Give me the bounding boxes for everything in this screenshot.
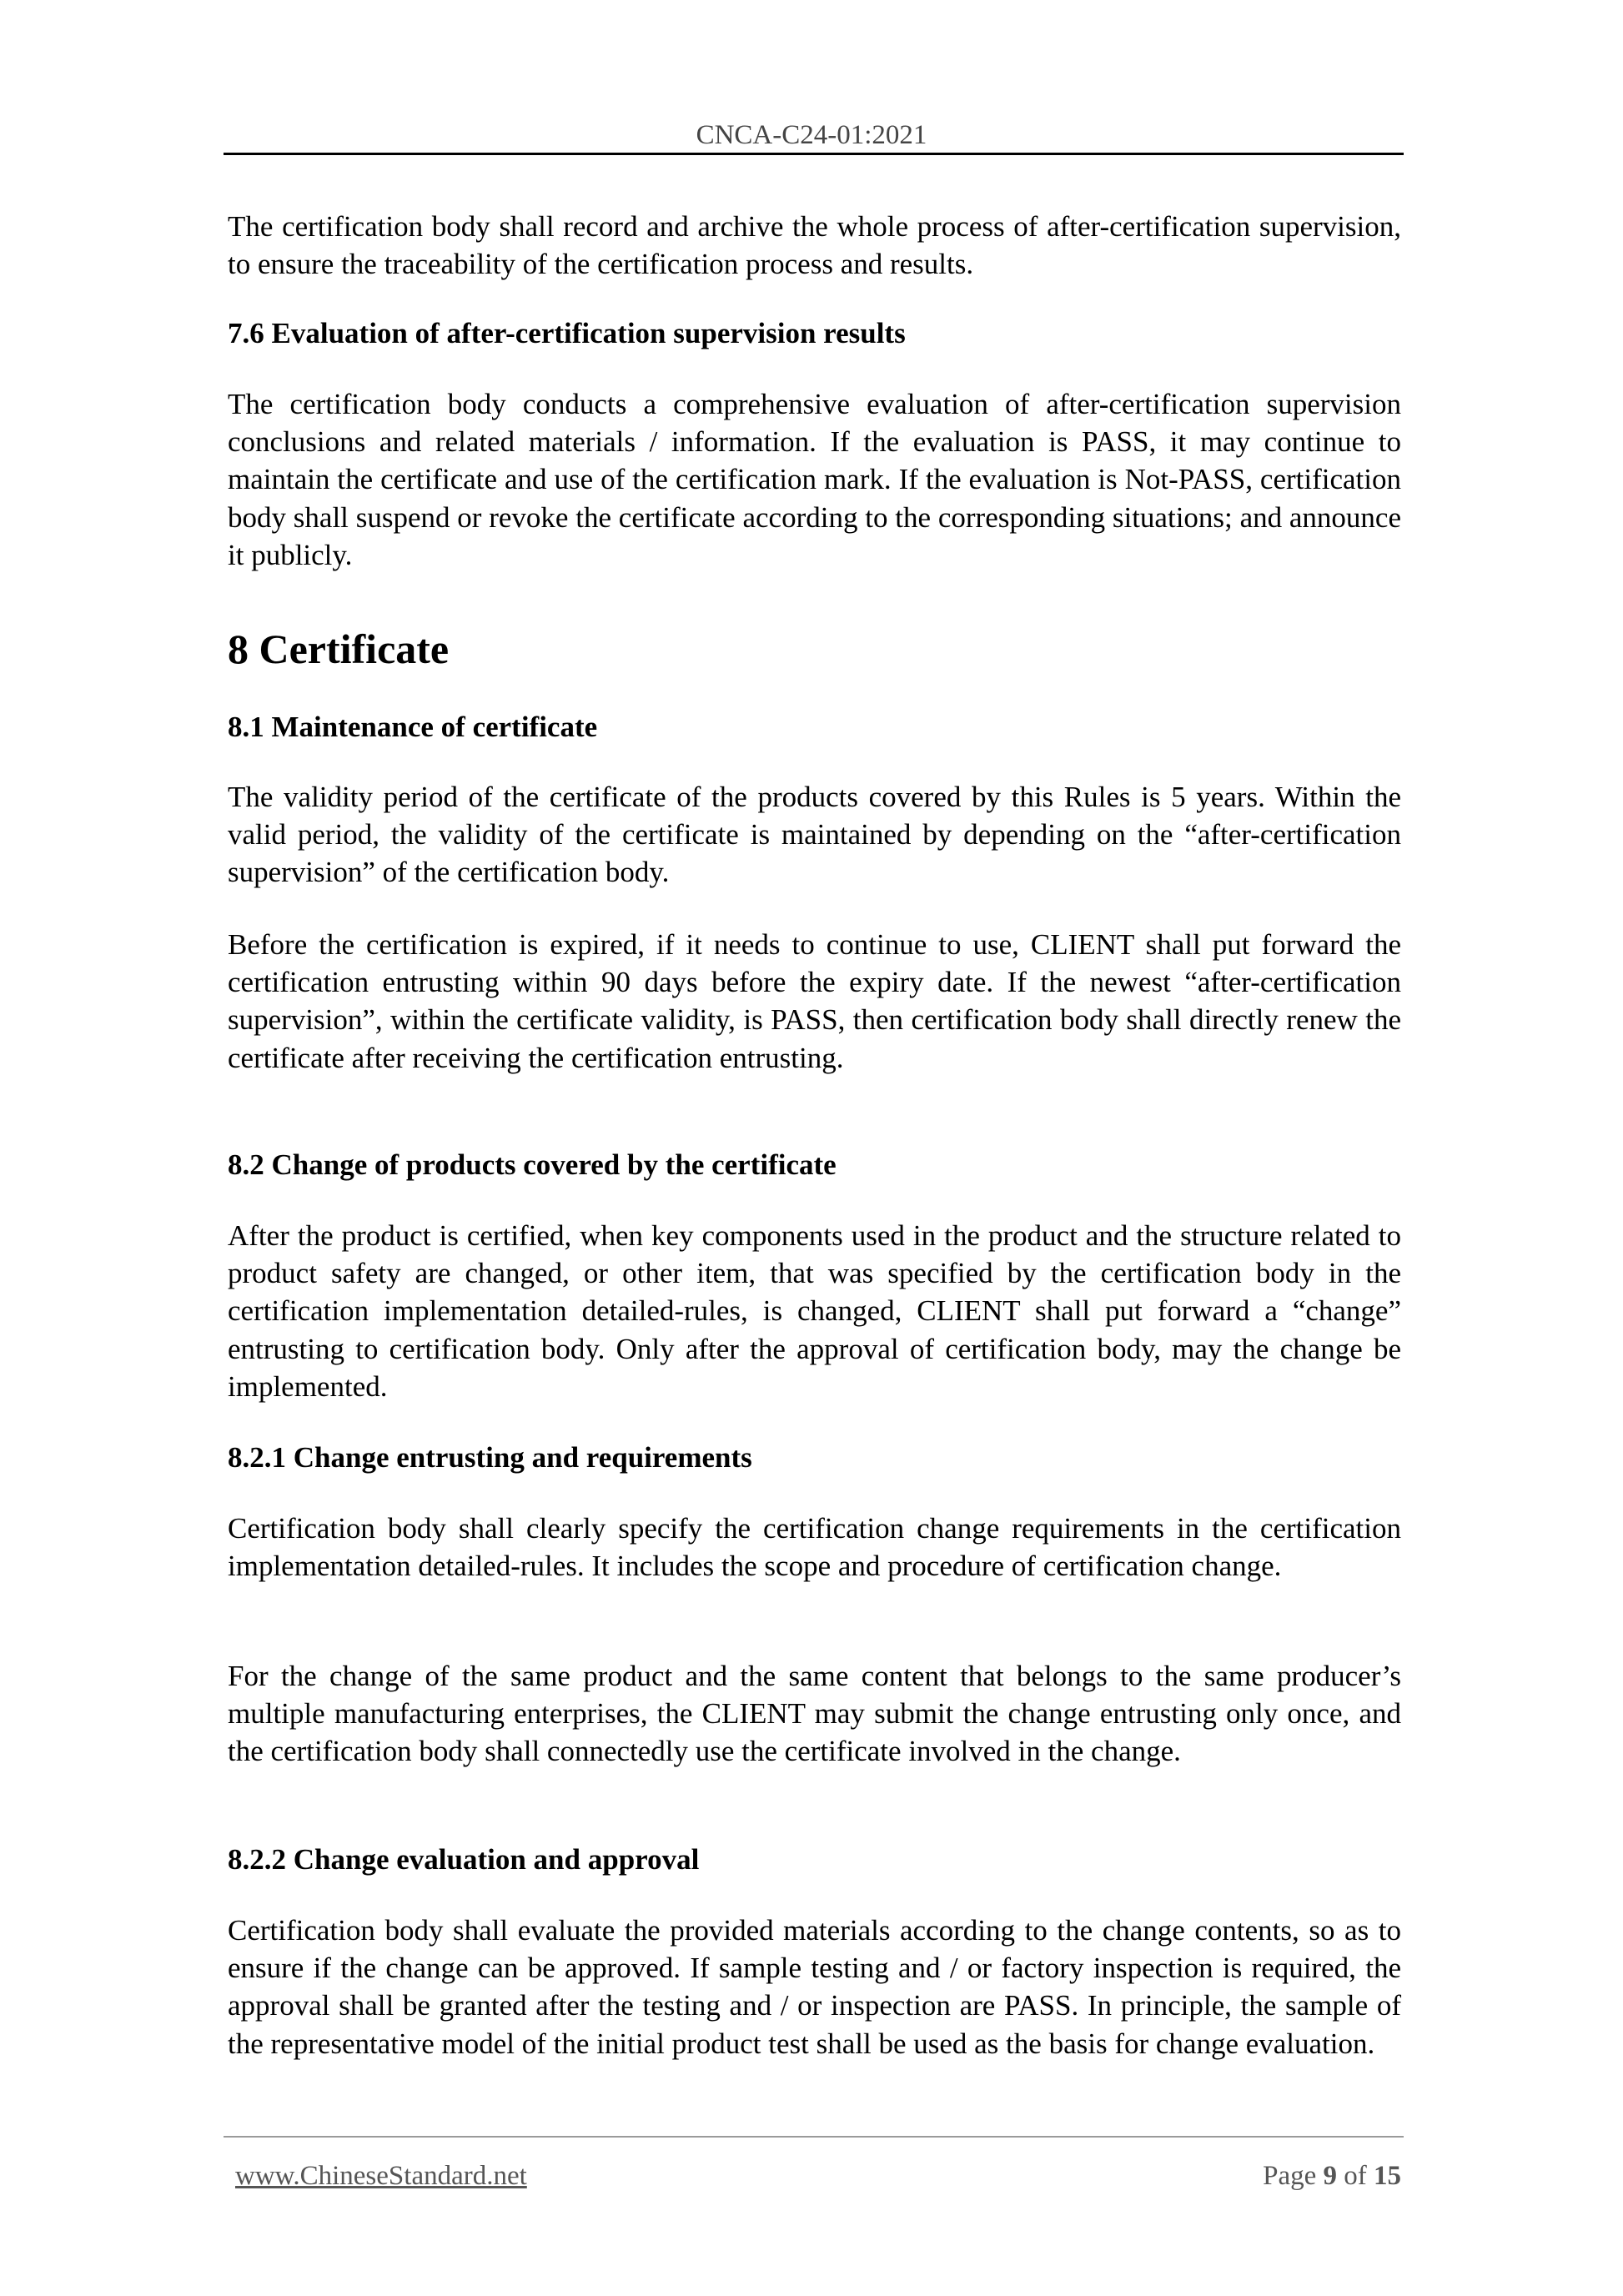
section-8-2-heading-block: 8.2 Change of products covered by the ce… bbox=[228, 1146, 1401, 1183]
page-current: 9 bbox=[1324, 2161, 1338, 2191]
paragraph-record-archive: The certification body shall record and … bbox=[228, 208, 1401, 283]
page-number: Page 9 of 15 bbox=[1263, 2158, 1401, 2193]
paragraph-8-2-1-multiple-enterprises: For the change of the same product and t… bbox=[228, 1657, 1401, 1771]
paragraph-text: The validity period of the certificate o… bbox=[228, 778, 1401, 892]
paragraph-8-1-renewal: Before the certification is expired, if … bbox=[228, 926, 1401, 1077]
chapter-8-heading-block: 8 Certificate bbox=[228, 624, 1401, 674]
section-heading-8-2-2: 8.2.2 Change evaluation and approval bbox=[228, 1841, 1401, 1878]
section-8-2-1-heading-block: 8.2.1 Change entrusting and requirements bbox=[228, 1439, 1401, 1476]
paragraph-8-1-validity: The validity period of the certificate o… bbox=[228, 778, 1401, 892]
paragraph-text: For the change of the same product and t… bbox=[228, 1657, 1401, 1771]
paragraph-8-2: After the product is certified, when key… bbox=[228, 1217, 1401, 1405]
document-id-header: CNCA-C24-01:2021 bbox=[0, 117, 1623, 153]
section-8-1-heading-block: 8.1 Maintenance of certificate bbox=[228, 708, 1401, 746]
paragraph-text: Certification body shall clearly specify… bbox=[228, 1510, 1401, 1585]
section-heading-8-1: 8.1 Maintenance of certificate bbox=[228, 708, 1401, 746]
chapter-heading-8: 8 Certificate bbox=[228, 624, 1401, 674]
page-of: of bbox=[1337, 2161, 1374, 2191]
section-heading-8-2-1: 8.2.1 Change entrusting and requirements bbox=[228, 1439, 1401, 1476]
section-8-2-2-heading-block: 8.2.2 Change evaluation and approval bbox=[228, 1841, 1401, 1878]
paragraph-text: Certification body shall evaluate the pr… bbox=[228, 1912, 1401, 2062]
footer-divider bbox=[224, 2136, 1404, 2138]
header-divider bbox=[224, 153, 1404, 155]
paragraph-text: The certification body shall record and … bbox=[228, 208, 1401, 283]
section-heading-8-2: 8.2 Change of products covered by the ce… bbox=[228, 1146, 1401, 1183]
page-prefix: Page bbox=[1263, 2161, 1323, 2191]
paragraph-7-6: The certification body conducts a compre… bbox=[228, 385, 1401, 574]
paragraph-text: Before the certification is expired, if … bbox=[228, 926, 1401, 1077]
website-link[interactable]: www.ChineseStandard.net bbox=[235, 2158, 527, 2193]
paragraph-text: After the product is certified, when key… bbox=[228, 1217, 1401, 1405]
paragraph-8-2-1-requirements: Certification body shall clearly specify… bbox=[228, 1510, 1401, 1585]
paragraph-text: The certification body conducts a compre… bbox=[228, 385, 1401, 574]
paragraph-8-2-2: Certification body shall evaluate the pr… bbox=[228, 1912, 1401, 2062]
section-heading-7-6: 7.6 Evaluation of after-certification su… bbox=[228, 314, 1401, 352]
page-total: 15 bbox=[1374, 2161, 1401, 2191]
section-7-6-heading-block: 7.6 Evaluation of after-certification su… bbox=[228, 314, 1401, 352]
